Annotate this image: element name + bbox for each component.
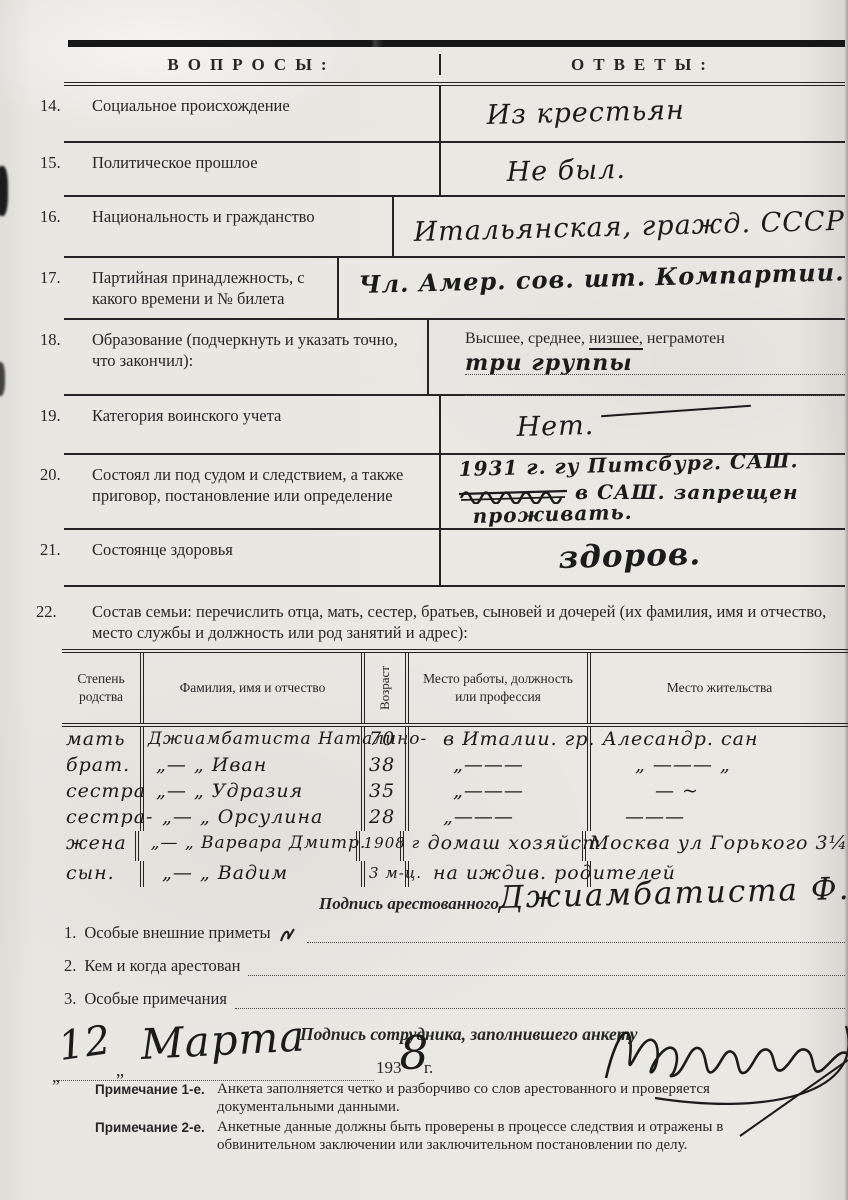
relation-handwritten: сестра [66, 780, 146, 802]
printed-quote: „ [116, 1060, 124, 1081]
name-handwritten: „— „ Вадим [162, 862, 288, 884]
printed-year-prefix: 193 [376, 1058, 402, 1078]
arrested-signature-label: Подпись арестованного [319, 894, 499, 914]
question-number: 20. [66, 464, 92, 485]
printed-quote: „ [52, 1066, 60, 1087]
col-header-age: Возраст [361, 653, 405, 723]
name-handwritten: „— „ Варвара Дмитр. [151, 833, 367, 853]
question-number: 18. [66, 329, 92, 350]
answer-21-handwritten: здоров. [558, 533, 845, 576]
residence-handwritten: „ ——— „ [635, 754, 731, 776]
relation-handwritten: брат. [66, 754, 130, 776]
question-number: 14. [66, 95, 92, 116]
question-number: 17. [66, 267, 92, 288]
family-row-sister2: сестра- „— „ Орсулина 28 „——— ——— [62, 805, 848, 831]
question-row-15: 15.Политическое прошлое Не был. [64, 143, 845, 197]
table-header-row: ВОПРОСЫ: ОТВЕТЫ: [64, 47, 845, 86]
col-header-residence: Место жительства [587, 653, 848, 723]
residence-handwritten: Москва ул Горького 3¼ [590, 832, 848, 854]
education-options: Высшее, среднее, низшее, неграмотен [465, 330, 845, 348]
work-handwritten: „——— [453, 780, 524, 802]
family-table-body: мать Джиамбатиста Наталино- 70 в Италии.… [62, 727, 848, 887]
family-row-wife: жена „— „ Варвара Дмитр. 1908 г домаш хо… [62, 831, 848, 861]
blank-dotted-line [465, 375, 845, 396]
family-table: Степень родства Фамилия, имя и отчество … [62, 649, 848, 887]
dotted-fill-line [248, 957, 845, 976]
answer-15-handwritten: Не был. [506, 148, 845, 188]
section-22-text: Состав семьи: перечислить отца, мать, се… [92, 602, 826, 642]
pen-check-mark [277, 925, 299, 947]
questions-answers-table: ВОПРОСЫ: ОТВЕТЫ: 14.Социальное происхожд… [64, 47, 845, 587]
family-table-header: Степень родства Фамилия, имя и отчество … [62, 649, 848, 727]
note-1: Примечание 1-е. Анкета заполняется четко… [95, 1080, 825, 1116]
relation-handwritten: мать [66, 728, 125, 750]
item-text: Особые внешние приметы [84, 923, 270, 943]
question-row-21: 21.Состоянце здоровья здоров. [64, 530, 845, 587]
age-handwritten: 35 [369, 780, 395, 802]
question-number: 16. [66, 206, 92, 227]
question-number: 21. [66, 539, 92, 560]
question-number: 22. [64, 601, 92, 622]
family-row-brother: брат. „— „ Иван 38 „——— „ ——— „ [62, 753, 848, 779]
question-number: 19. [66, 405, 92, 426]
item-number: 1. [64, 923, 76, 943]
question-text: Партийная принадлежность, с какого време… [92, 268, 305, 308]
question-text: Политическое прошлое [92, 153, 258, 172]
col-header-work: Место работы, должность или профессия [405, 653, 587, 723]
name-handwritten: „— „ Удразия [156, 780, 303, 802]
scan-smudge [0, 166, 8, 216]
residence-handwritten: ——— [625, 806, 685, 828]
col-header-name: Фамилия, имя и отчество [140, 653, 361, 723]
answer-14-handwritten: Из крестьян [486, 91, 845, 131]
printed-year-suffix: г. [424, 1058, 433, 1078]
question-row-18: 18.Образование (подчеркнуть и указать то… [64, 320, 845, 396]
family-row-sister1: сестра „— „ Удразия 35 „——— — ~ [62, 779, 848, 805]
note-text: Анкетные данные должны быть проверены в … [217, 1118, 825, 1154]
age-handwritten: 38 [369, 754, 395, 776]
residence-handwritten: — ~ [655, 780, 699, 802]
note-label: Примечание 1-е. [95, 1080, 217, 1116]
answer-18-handwritten: три группы [465, 350, 633, 376]
question-text: Национальность и гражданство [92, 207, 315, 226]
question-row-19: 19.Категория воинского учета Нет. [64, 396, 845, 455]
work-handwritten: „——— [453, 754, 524, 776]
family-row-mother: мать Джиамбатиста Наталино- 70 в Италии.… [62, 727, 848, 753]
name-handwritten: „— „ Орсулина [162, 806, 323, 828]
work-handwritten: „——— [443, 806, 514, 828]
question-row-16: 16.Национальность и гражданство Итальянс… [64, 197, 845, 258]
question-row-20: 20.Состоял ли под судом и следствием, а … [64, 455, 845, 530]
item-arrested-by: 2. Кем и когда арестован [64, 956, 845, 976]
question-number: 15. [66, 152, 92, 173]
item-number: 3. [64, 989, 76, 1009]
questions-column-header: ВОПРОСЫ: [167, 54, 335, 75]
scan-smudge [0, 362, 5, 396]
note-text: Анкета заполняется четко и разборчиво со… [217, 1080, 825, 1116]
education-option-underlined: низшее, [589, 330, 643, 350]
question-row-14: 14.Социальное происхождение Из крестьян [64, 86, 845, 143]
answers-column-header: ОТВЕТЫ: [571, 55, 715, 75]
answer-17-handwritten: Чл. Амер. сов. шт. Компартии. [358, 257, 845, 299]
section-22-family: 22.Состав семьи: перечислить отца, мать,… [64, 601, 845, 643]
date-day-handwritten: 12 [56, 1017, 115, 1070]
note-label: Примечание 2-е. [95, 1118, 217, 1154]
education-option: Высшее, среднее, [465, 330, 585, 347]
relation-handwritten: жена [66, 832, 127, 854]
item-text: Кем и когда арестован [84, 956, 240, 976]
item-number: 2. [64, 956, 76, 976]
question-text: Образование (подчеркнуть и указать точно… [92, 330, 398, 370]
question-text: Социальное происхождение [92, 96, 290, 115]
date-month-handwritten: Марта [139, 1011, 306, 1069]
col-header-relation: Степень родства [62, 653, 140, 723]
note-2: Примечание 2-е. Анкетные данные должны б… [95, 1118, 825, 1154]
dotted-fill-line [307, 924, 845, 943]
col-header-age-label: Возраст [376, 666, 394, 710]
item-text: Особые примечания [84, 989, 227, 1009]
question-row-17: 17.Партийная принадлежность, с какого вр… [64, 258, 845, 320]
top-rule [68, 40, 845, 47]
question-text: Категория воинского учета [92, 406, 281, 425]
relation-handwritten: сын. [66, 862, 115, 884]
question-text: Состоянце здоровья [92, 540, 233, 559]
age-handwritten: 28 [369, 806, 395, 828]
question-text: Состоял ли под судом и следствием, а так… [92, 465, 403, 505]
arrest-questionnaire-page: ВОПРОСЫ: ОТВЕТЫ: 14.Социальное происхожд… [0, 0, 848, 1200]
age-handwritten: 70 [369, 728, 395, 750]
name-handwritten: „— „ Иван [156, 754, 267, 776]
answer-16-handwritten: Итальянская, гражд. СССР [413, 206, 845, 248]
answer-19-handwritten: Нет. [516, 403, 845, 443]
education-option: неграмотен [647, 330, 725, 347]
footer-notes: Примечание 1-е. Анкета заполняется четко… [95, 1080, 825, 1156]
item-special-marks: 1. Особые внешние приметы [64, 923, 845, 943]
